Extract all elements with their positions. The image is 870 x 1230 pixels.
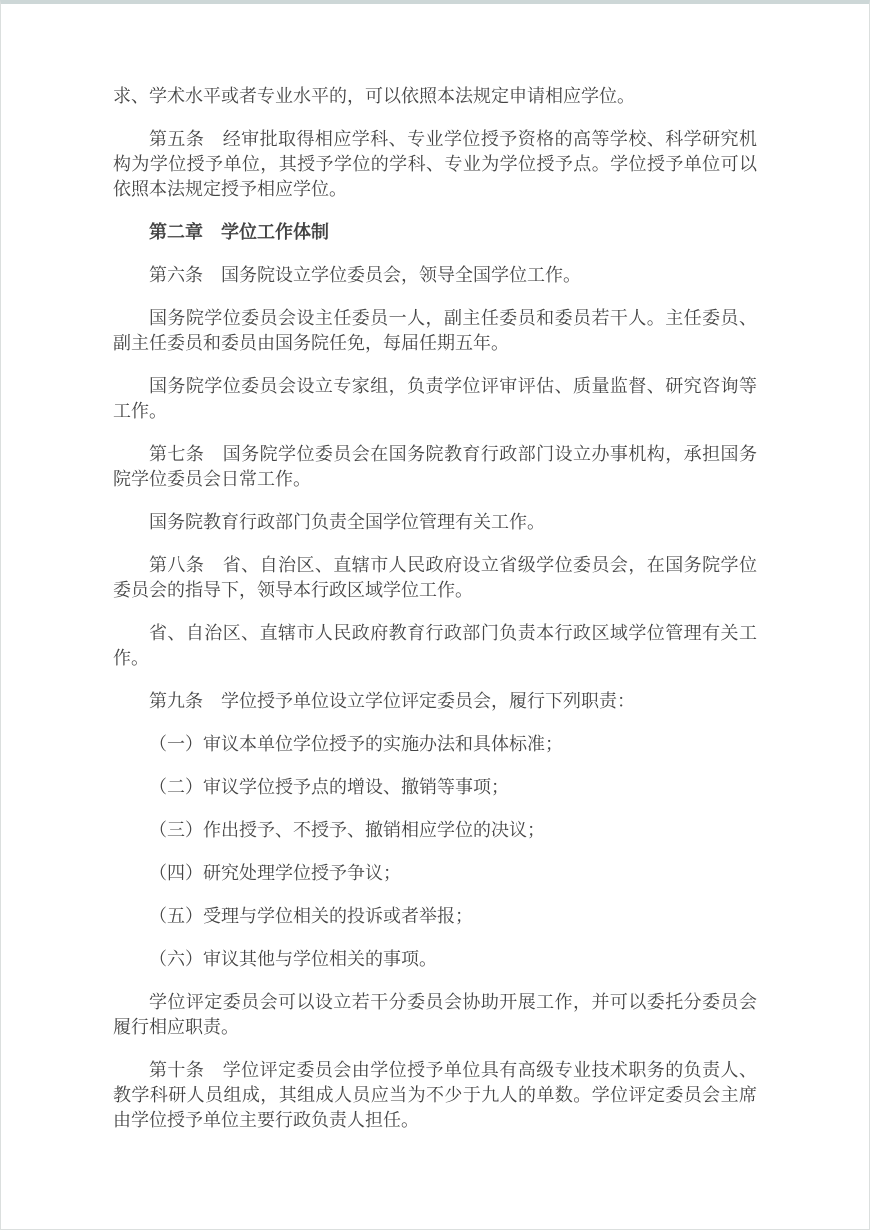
paragraph: 第八条 省、自治区、直辖市人民政府设立省级学位委员会，在国务院学位委员会的指导下… — [113, 553, 757, 603]
paragraph: 求、学术水平或者专业水平的，可以依照本法规定申请相应学位。 — [113, 84, 757, 109]
paragraph: 国务院学位委员会设立专家组，负责学位评审评估、质量监督、研究咨询等工作。 — [113, 374, 757, 424]
paragraph: 第七条 国务院学位委员会在国务院教育行政部门设立办事机构，承担国务院学位委员会日… — [113, 442, 757, 492]
paragraph: 第六条 国务院设立学位委员会，领导全国学位工作。 — [113, 263, 757, 288]
paragraph: 第十条 学位评定委员会由学位授予单位具有高级专业技术职务的负责人、教学科研人员组… — [113, 1058, 757, 1133]
paragraph: 省、自治区、直辖市人民政府教育行政部门负责本行政区域学位管理有关工作。 — [113, 621, 757, 671]
paragraph: （二）审议学位授予点的增设、撤销等事项； — [113, 775, 757, 800]
paragraph: （一）审议本单位学位授予的实施办法和具体标准； — [113, 732, 757, 757]
chapter-heading: 第二章 学位工作体制 — [113, 220, 757, 245]
paragraph: 学位评定委员会可以设立若干分委员会协助开展工作，并可以委托分委员会履行相应职责。 — [113, 990, 757, 1040]
paragraph: 第九条 学位授予单位设立学位评定委员会，履行下列职责： — [113, 689, 757, 714]
document-body: 求、学术水平或者专业水平的，可以依照本法规定申请相应学位。第五条 经审批取得相应… — [1, 4, 869, 1133]
paragraph: （六）审议其他与学位相关的事项。 — [113, 947, 757, 972]
paragraph: 国务院学位委员会设主任委员一人，副主任委员和委员若干人。主任委员、副主任委员和委… — [113, 306, 757, 356]
paragraph: （四）研究处理学位授予争议； — [113, 861, 757, 886]
paragraph: （三）作出授予、不授予、撤销相应学位的决议； — [113, 818, 757, 843]
paragraph: 国务院教育行政部门负责全国学位管理有关工作。 — [113, 510, 757, 535]
paragraph: 第五条 经审批取得相应学科、专业学位授予资格的高等学校、科学研究机构为学位授予单… — [113, 127, 757, 202]
paragraph: （五）受理与学位相关的投诉或者举报； — [113, 904, 757, 929]
document-page: 求、学术水平或者专业水平的，可以依照本法规定申请相应学位。第五条 经审批取得相应… — [0, 0, 870, 1230]
